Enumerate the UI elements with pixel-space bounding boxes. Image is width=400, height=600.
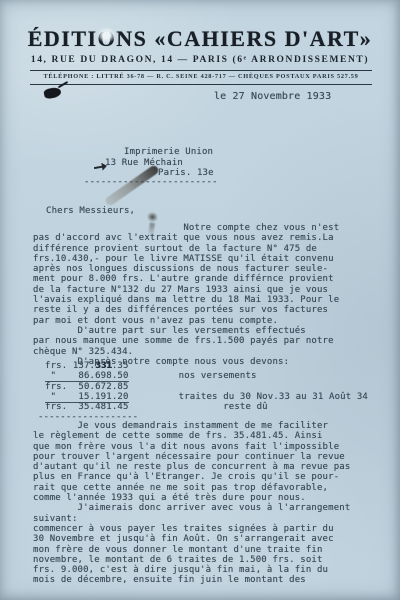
accounts-total-overstruck: 331 <box>95 361 112 371</box>
accounts-table: frs. 137.331.35 " 86.698.50 nos versemen… <box>45 361 368 423</box>
letterhead-title: ÉDITIONS «CAHIERS D'ART» <box>0 26 400 52</box>
accounts-row-subtotal: frs. 50.672.85 <box>45 382 368 392</box>
recipient-name: Imprimerie Union <box>124 147 213 157</box>
recipient-street: 13 Rue Méchain <box>105 158 183 168</box>
ink-blot-mark <box>43 86 62 99</box>
letterhead-rule-top <box>30 70 372 71</box>
accounts-row-versements: " 86.698.50 nos versements <box>45 371 368 381</box>
letterhead-address: 14, RUE DU DRAGON, 14 — PARIS (6ᵉ ARROND… <box>0 55 400 65</box>
accounts-reste-amount: frs. 35.481.45 <box>45 402 129 412</box>
scan-damage-spot <box>97 27 116 43</box>
accounts-traites-note: traites du 30 Nov.33 au 31 Août 34 <box>129 392 368 402</box>
salutation: Chers Messieurs, <box>46 206 135 216</box>
body-paragraph-2: Je vous demandrais instamment de me faci… <box>33 421 350 586</box>
accounts-reste-note: reste dû <box>129 402 268 412</box>
body-paragraph-1: Notre compte chez vous n'est pas d'accor… <box>33 223 339 367</box>
accounts-row-total: frs. 137.331.35 <box>45 361 368 371</box>
accounts-versements-note: nos versements <box>129 371 257 381</box>
letter-page: ÉDITIONS «CAHIERS D'ART» 14, RUE DU DRAG… <box>0 0 400 600</box>
recipient-underline: ------------------------ <box>84 177 218 187</box>
accounts-total-suffix: .35 <box>112 361 129 371</box>
letterhead-rule-bottom <box>30 84 372 85</box>
accounts-row-reste: frs. 35.481.45 reste dû <box>45 402 368 412</box>
accounts-row-traites: " 15.191.20 traites du 30 Nov.33 au 31 A… <box>45 392 368 402</box>
ink-smudge-small <box>146 210 160 223</box>
letterhead-info-line: TÉLÉPHONE : LITTRÉ 36-78 — R. C. SEINE 4… <box>30 73 372 80</box>
date-line: le 27 Novembre 1933 <box>214 92 331 102</box>
accounts-subtotal-amount: frs. 50.672.85 <box>45 382 129 392</box>
accounts-total-prefix: frs. 137. <box>45 361 95 371</box>
ink-arrow-mark <box>93 162 107 172</box>
